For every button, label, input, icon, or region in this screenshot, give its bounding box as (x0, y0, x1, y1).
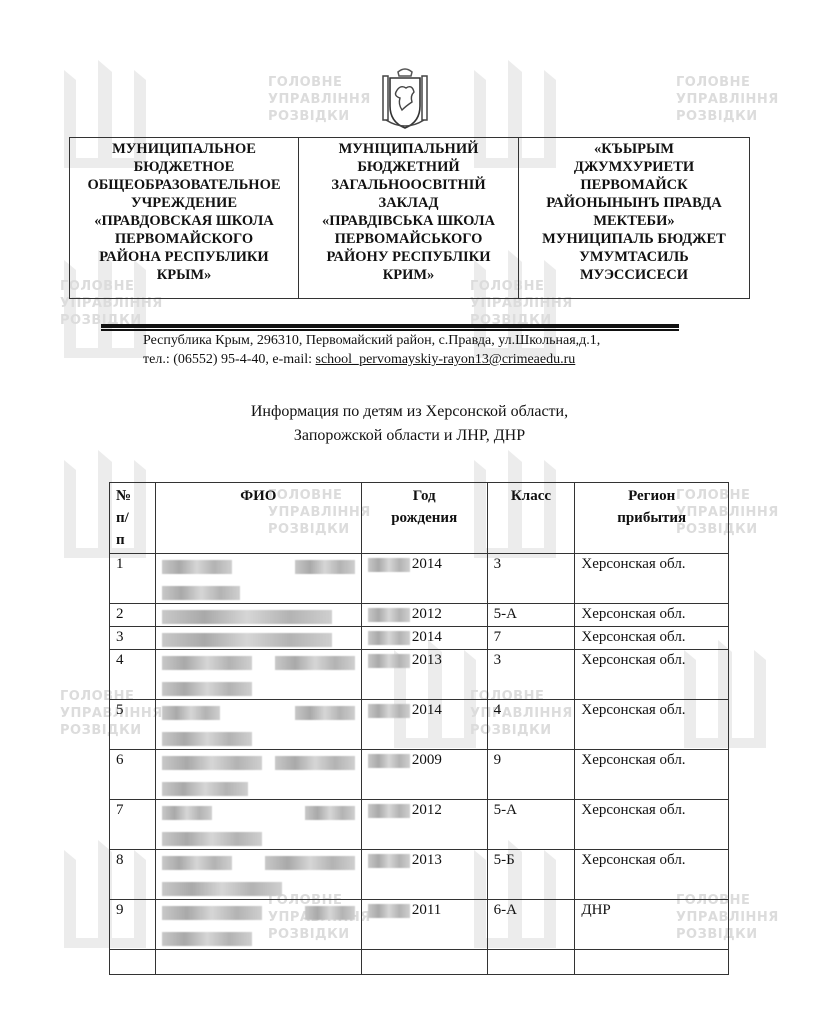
table-row: 120143Херсонская обл. (110, 554, 729, 604)
table-row: 920116-АДНР (110, 900, 729, 950)
cell-class: 4 (487, 700, 575, 750)
cell-fio-redacted (155, 700, 361, 750)
redacted-name-block (162, 560, 232, 574)
school-address: Республика Крым, 296310, Первомайский ра… (143, 331, 600, 369)
cell-number: 2 (110, 604, 156, 627)
redacted-name-block (162, 756, 262, 770)
letterhead-divider-thick (101, 324, 679, 328)
cell-region: Херсонская обл. (575, 750, 729, 800)
redacted-date-block (368, 854, 410, 868)
cell-region: Херсонская обл. (575, 554, 729, 604)
children-table: № п/ пФИОГод рожденияКлассРегион прибыти… (109, 482, 729, 975)
table-row: 320147Херсонская обл. (110, 627, 729, 650)
redacted-name-block (162, 633, 332, 647)
cell-class (487, 950, 575, 975)
letterhead-crimean-tatar: «КЪЫРЫМ ДЖУМХУРИЕТИ ПЕРВОМАЙСК РАЙОНЫНЫН… (519, 138, 749, 298)
cell-number: 1 (110, 554, 156, 604)
cell-fio-redacted (155, 900, 361, 950)
cell-region: Херсонская обл. (575, 700, 729, 750)
redacted-name-block (162, 732, 252, 746)
redacted-date-block (368, 904, 410, 918)
phone-line: тел.: (06552) 95-4-40, e-mail: (143, 352, 316, 367)
redacted-name-block (305, 906, 355, 920)
redacted-name-block (275, 756, 355, 770)
birth-year-value: 2013 (412, 852, 442, 868)
cell-number: 7 (110, 800, 156, 850)
table-row: 620099Херсонская обл. (110, 750, 729, 800)
cell-birth-year: 2014 (361, 627, 487, 650)
table-row: 520144Херсонская обл. (110, 700, 729, 750)
redacted-date-block (368, 631, 410, 645)
cell-class: 3 (487, 554, 575, 604)
table-row: 220125-АХерсонская обл. (110, 604, 729, 627)
cell-region: ДНР (575, 900, 729, 950)
cell-region: Херсонская обл. (575, 650, 729, 700)
redacted-name-block (275, 656, 355, 670)
birth-year-value: 2014 (412, 629, 442, 645)
table-header-row: № п/ пФИОГод рожденияКлассРегион прибыти… (110, 483, 729, 554)
cell-class: 5-А (487, 800, 575, 850)
cell-fio-redacted (155, 554, 361, 604)
cell-class: 5-А (487, 604, 575, 627)
redacted-name-block (162, 782, 248, 796)
cell-birth-year: 2012 (361, 604, 487, 627)
cell-region: Херсонская обл. (575, 627, 729, 650)
header-class: Класс (487, 483, 575, 554)
cell-number: 5 (110, 700, 156, 750)
cell-fio-redacted (155, 750, 361, 800)
cell-class: 5-Б (487, 850, 575, 900)
redacted-date-block (368, 804, 410, 818)
redacted-name-block (162, 610, 332, 624)
cell-birth-year: 2014 (361, 700, 487, 750)
header-birth-year: Год рождения (361, 483, 487, 554)
cell-region: Херсонская обл. (575, 604, 729, 627)
redacted-name-block (295, 560, 355, 574)
redacted-name-block (162, 906, 262, 920)
birth-year-value: 2014 (412, 702, 442, 718)
redacted-name-block (295, 706, 355, 720)
cell-class: 9 (487, 750, 575, 800)
document-title: Информация по детям из Херсонской област… (0, 400, 819, 448)
cell-birth-year: 2013 (361, 850, 487, 900)
redacted-name-block (162, 882, 282, 896)
cell-fio-redacted (155, 604, 361, 627)
birth-year-value: 2009 (412, 752, 442, 768)
cell-number (110, 950, 156, 975)
crimea-coat-of-arms-icon (380, 66, 430, 132)
cell-region (575, 950, 729, 975)
cell-birth-year: 2012 (361, 800, 487, 850)
cell-birth-year: 2013 (361, 650, 487, 700)
redacted-name-block (162, 706, 220, 720)
redacted-name-block (162, 682, 252, 696)
redacted-name-block (265, 856, 355, 870)
birth-year-value: 2014 (412, 556, 442, 572)
cell-class: 6-А (487, 900, 575, 950)
birth-year-value: 2012 (412, 606, 442, 622)
birth-year-value: 2013 (412, 652, 442, 668)
redacted-date-block (368, 654, 410, 668)
table-row: 420133Херсонская обл. (110, 650, 729, 700)
cell-birth-year: 2014 (361, 554, 487, 604)
birth-year-value: 2011 (412, 902, 441, 918)
redacted-name-block (162, 832, 262, 846)
redacted-name-block (305, 806, 355, 820)
header-number: № п/ п (110, 483, 156, 554)
cell-fio-redacted (155, 650, 361, 700)
cell-number: 6 (110, 750, 156, 800)
header-fio: ФИО (155, 483, 361, 554)
cell-class: 3 (487, 650, 575, 700)
cell-region: Херсонская обл. (575, 800, 729, 850)
redacted-name-block (162, 806, 212, 820)
letterhead-russian: МУНИЦИПАЛЬНОЕ БЮДЖЕТНОЕ ОБЩЕОБРАЗОВАТЕЛЬ… (70, 138, 299, 298)
header-region: Регион прибытия (575, 483, 729, 554)
title-line-1: Информация по детям из Херсонской област… (0, 400, 819, 424)
cell-birth-year (361, 950, 487, 975)
cell-birth-year: 2009 (361, 750, 487, 800)
birth-year-value: 2012 (412, 802, 442, 818)
cell-birth-year: 2011 (361, 900, 487, 950)
redacted-date-block (368, 704, 410, 718)
address-line: Республика Крым, 296310, Первомайский ра… (143, 331, 600, 350)
email-link[interactable]: school_pervomayskiy-rayon13@crimeaedu.ru (316, 352, 576, 367)
redacted-name-block (162, 586, 240, 600)
cell-number: 4 (110, 650, 156, 700)
redacted-name-block (162, 656, 252, 670)
cell-class: 7 (487, 627, 575, 650)
redacted-date-block (368, 558, 410, 572)
letterhead-ukrainian: МУНІЦИПАЛЬНИЙ БЮДЖЕТНИЙ ЗАГАЛЬНООСВІТНІЙ… (299, 138, 519, 298)
redacted-date-block (368, 754, 410, 768)
cell-number: 8 (110, 850, 156, 900)
cell-fio-redacted (155, 950, 361, 975)
cell-region: Херсонская обл. (575, 850, 729, 900)
table-row: 720125-АХерсонская обл. (110, 800, 729, 850)
redacted-name-block (162, 856, 232, 870)
table-row: 820135-БХерсонская обл. (110, 850, 729, 900)
letterhead-table: МУНИЦИПАЛЬНОЕ БЮДЖЕТНОЕ ОБЩЕОБРАЗОВАТЕЛЬ… (69, 137, 750, 299)
cell-fio-redacted (155, 850, 361, 900)
title-line-2: Запорожской области и ЛНР, ДНР (0, 424, 819, 448)
cell-fio-redacted (155, 627, 361, 650)
cell-fio-redacted (155, 800, 361, 850)
cell-number: 3 (110, 627, 156, 650)
redacted-date-block (368, 608, 410, 622)
cell-number: 9 (110, 900, 156, 950)
table-row (110, 950, 729, 975)
redacted-name-block (162, 932, 252, 946)
